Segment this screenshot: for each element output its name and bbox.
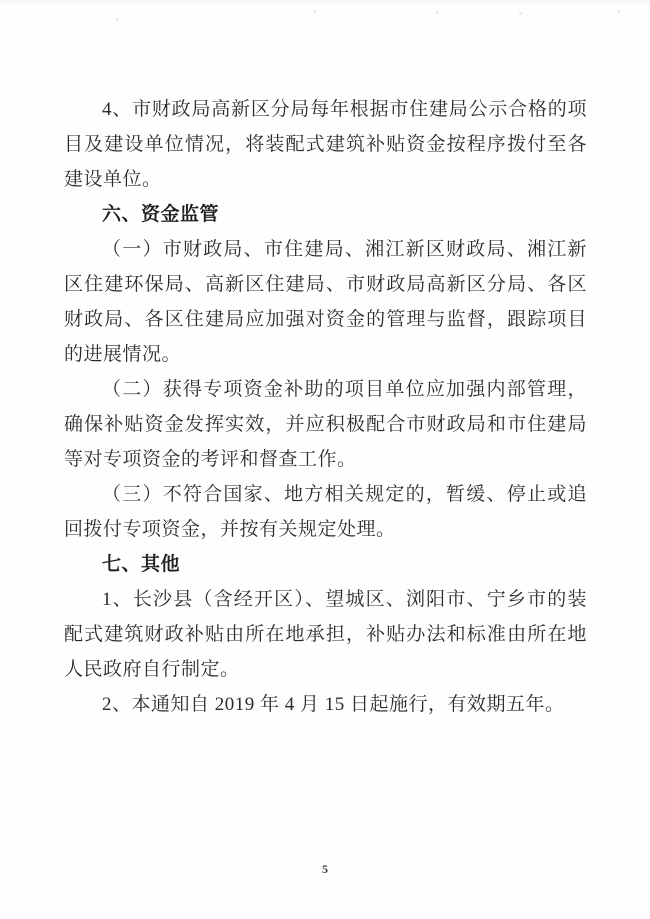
scan-speck <box>519 12 522 15</box>
page-number: 5 <box>0 862 650 877</box>
scan-speck <box>116 18 119 21</box>
paragraph-7-2-effective-date: 2、本通知自 2019 年 4 月 15 日起施行，有效期五年。 <box>64 687 587 722</box>
scan-speck <box>436 11 439 14</box>
paragraph-item4-fund-disbursement: 4、市财政局高新区分局每年根据市住建局公示合格的项目及建设单位情况，将装配式建筑… <box>64 92 587 197</box>
paragraph-7-1-local-subsidies: 1、长沙县（含经开区）、望城区、浏阳市、宁乡市的装配式建筑财政补贴由所在地承担，… <box>64 582 587 687</box>
scan-speck <box>617 10 620 13</box>
paragraph-6-3-noncompliance-handling: （三）不符合国家、地方相关规定的，暂缓、停止或追回拨付专项资金，并按有关规定处理… <box>64 477 587 547</box>
paragraph-6-2-internal-management: （二）获得专项资金补助的项目单位应加强内部管理，确保补贴资金发挥实效，并应积极配… <box>64 372 587 477</box>
paragraph-6-1-bureaus-supervision: （一）市财政局、市住建局、湘江新区财政局、湘江新区住建环保局、高新区住建局、市财… <box>64 232 587 372</box>
section-heading-6-fund-supervision: 六、资金监管 <box>64 197 587 232</box>
document-body: 4、市财政局高新区分局每年根据市住建局公示合格的项目及建设单位情况，将装配式建筑… <box>64 92 587 722</box>
document-page: 4、市财政局高新区分局每年根据市住建局公示合格的项目及建设单位情况，将装配式建筑… <box>0 0 650 919</box>
scan-speck <box>313 10 316 13</box>
scan-noise-artifact <box>0 0 650 6</box>
section-heading-7-others: 七、其他 <box>64 547 587 582</box>
